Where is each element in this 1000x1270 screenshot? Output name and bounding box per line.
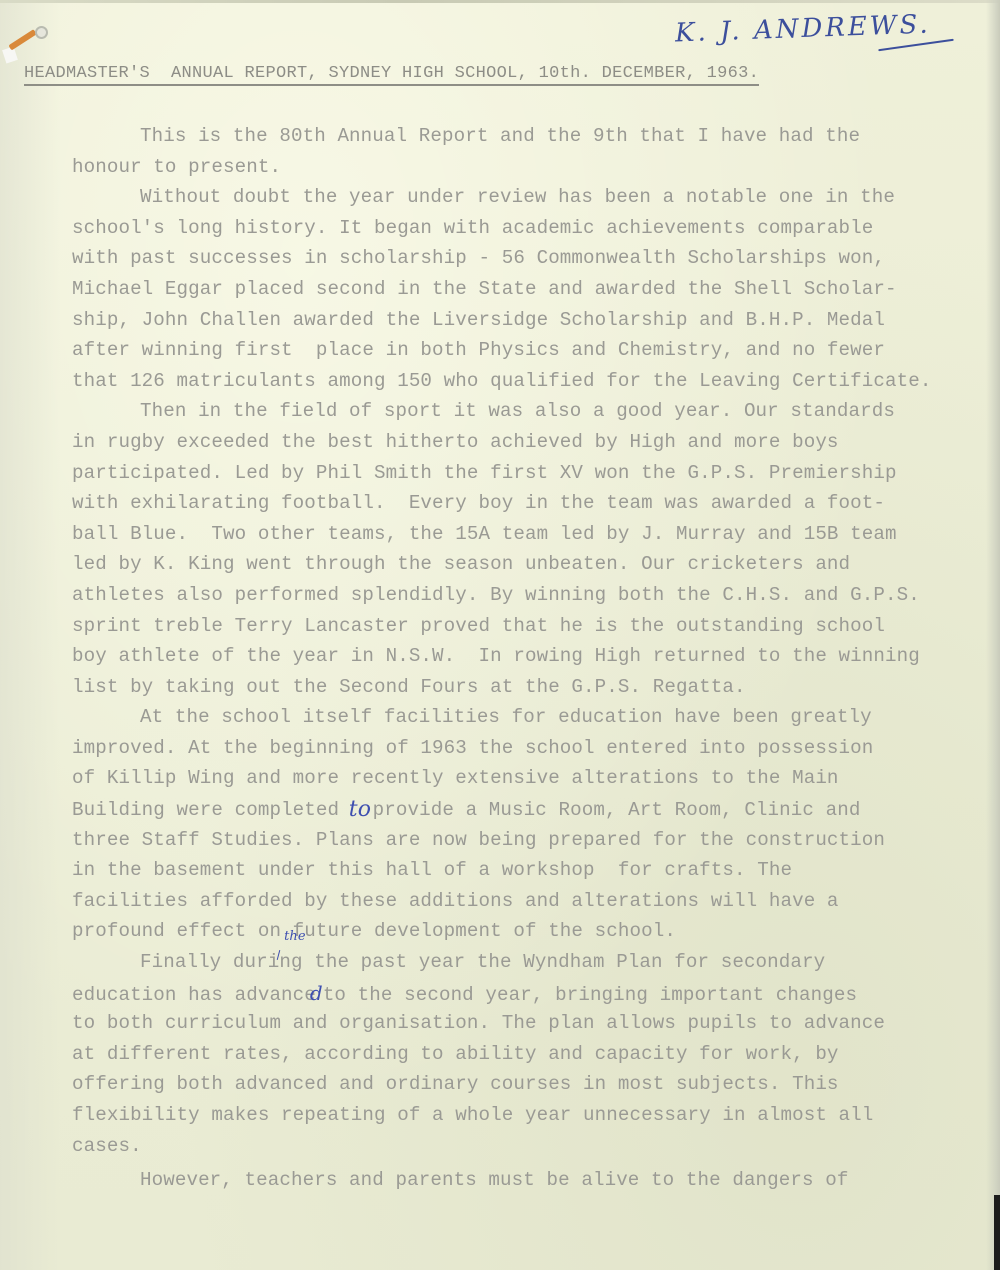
text-line: with exhilarating football. Every boy in…	[72, 488, 1000, 519]
report-body: This is the 80th Annual Report and the 9…	[72, 121, 1000, 1196]
text-line: participated. Led by Phil Smith the firs…	[72, 458, 1000, 489]
pen-correction-to: to	[349, 797, 371, 822]
text-line: improved. At the beginning of 1963 the s…	[72, 733, 1000, 764]
text-line: sprint treble Terry Lancaster proved tha…	[72, 611, 1000, 642]
paper-fold-shadow	[0, 0, 60, 1270]
pen-correction-the: the	[284, 922, 306, 953]
text-line: of Killip Wing and more recently extensi…	[72, 763, 1000, 794]
typed-text: provide a Music Room, Art Room, Clinic a…	[361, 799, 860, 821]
text-line: at different rates, according to ability…	[72, 1039, 1000, 1070]
text-line: to both curriculum and organisation. The…	[72, 1008, 1000, 1039]
text-line-finally: Finally during the past year the Wyndham…	[72, 947, 1000, 978]
text-line: Michael Eggar placed second in the State…	[72, 274, 1000, 305]
text-line: after winning first place in both Physic…	[72, 335, 1000, 366]
pen-correction-d: d	[310, 981, 323, 1005]
text-line: that 126 matriculants among 150 who qual…	[72, 366, 1000, 397]
text-line: with past successes in scholarship - 56 …	[72, 243, 1000, 274]
text-line: ball Blue. Two other teams, the 15A team…	[72, 519, 1000, 550]
text-line: honour to present.	[72, 152, 1000, 183]
text-line-building: Building were completed to provide a Mus…	[72, 794, 1000, 825]
text-line: in the basement under this hall of a wor…	[72, 855, 1000, 886]
text-line: flexibility makes repeating of a whole y…	[72, 1100, 1000, 1131]
text-line: school's long history. It began with aca…	[72, 213, 1000, 244]
text-line-education: education has advancedto the second year…	[72, 978, 1000, 1009]
paragraph-block-c: to both curriculum and organisation. The…	[72, 1008, 1000, 1161]
text-line: boy athlete of the year in N.S.W. In row…	[72, 641, 1000, 672]
text-line: This is the 80th Annual Report and the 9…	[72, 121, 1000, 152]
paper-top-edge	[0, 0, 1000, 3]
staple-hole-icon	[35, 26, 48, 39]
text-line: athletes also performed splendidly. By w…	[72, 580, 1000, 611]
text-line: led by K. King went through the season u…	[72, 549, 1000, 580]
typed-text: to the second year, bringing important c…	[323, 984, 857, 1006]
typed-text: profound effect on	[72, 920, 281, 942]
typed-text: future development of the school.	[281, 920, 676, 942]
text-line-profound: profound effect onthe future development…	[72, 916, 1000, 947]
report-title: HEADMASTER'S ANNUAL REPORT, SYDNEY HIGH …	[24, 64, 759, 86]
text-line: in rugby exceeded the best hitherto achi…	[72, 427, 1000, 458]
typed-text: education has advance	[72, 984, 316, 1006]
text-line-however: However, teachers and parents must be al…	[72, 1165, 1000, 1196]
text-line: offering both advanced and ordinary cour…	[72, 1069, 1000, 1100]
text-line: facilities afforded by these additions a…	[72, 886, 1000, 917]
text-line: At the school itself facilities for educ…	[72, 702, 1000, 733]
text-line: Without doubt the year under review has …	[72, 182, 1000, 213]
text-line: list by taking out the Second Fours at t…	[72, 672, 1000, 703]
text-line: ship, John Challen awarded the Liversidg…	[72, 305, 1000, 336]
scan-background-corner	[994, 1195, 1000, 1270]
text-line: cases.	[72, 1131, 1000, 1162]
paragraph-block-b: three Staff Studies. Plans are now being…	[72, 825, 1000, 917]
text-line: three Staff Studies. Plans are now being…	[72, 825, 1000, 856]
typed-text: Building were completed	[72, 799, 351, 821]
paragraph-block-a: This is the 80th Annual Report and the 9…	[72, 121, 1000, 794]
text-line: Then in the field of sport it was also a…	[72, 396, 1000, 427]
